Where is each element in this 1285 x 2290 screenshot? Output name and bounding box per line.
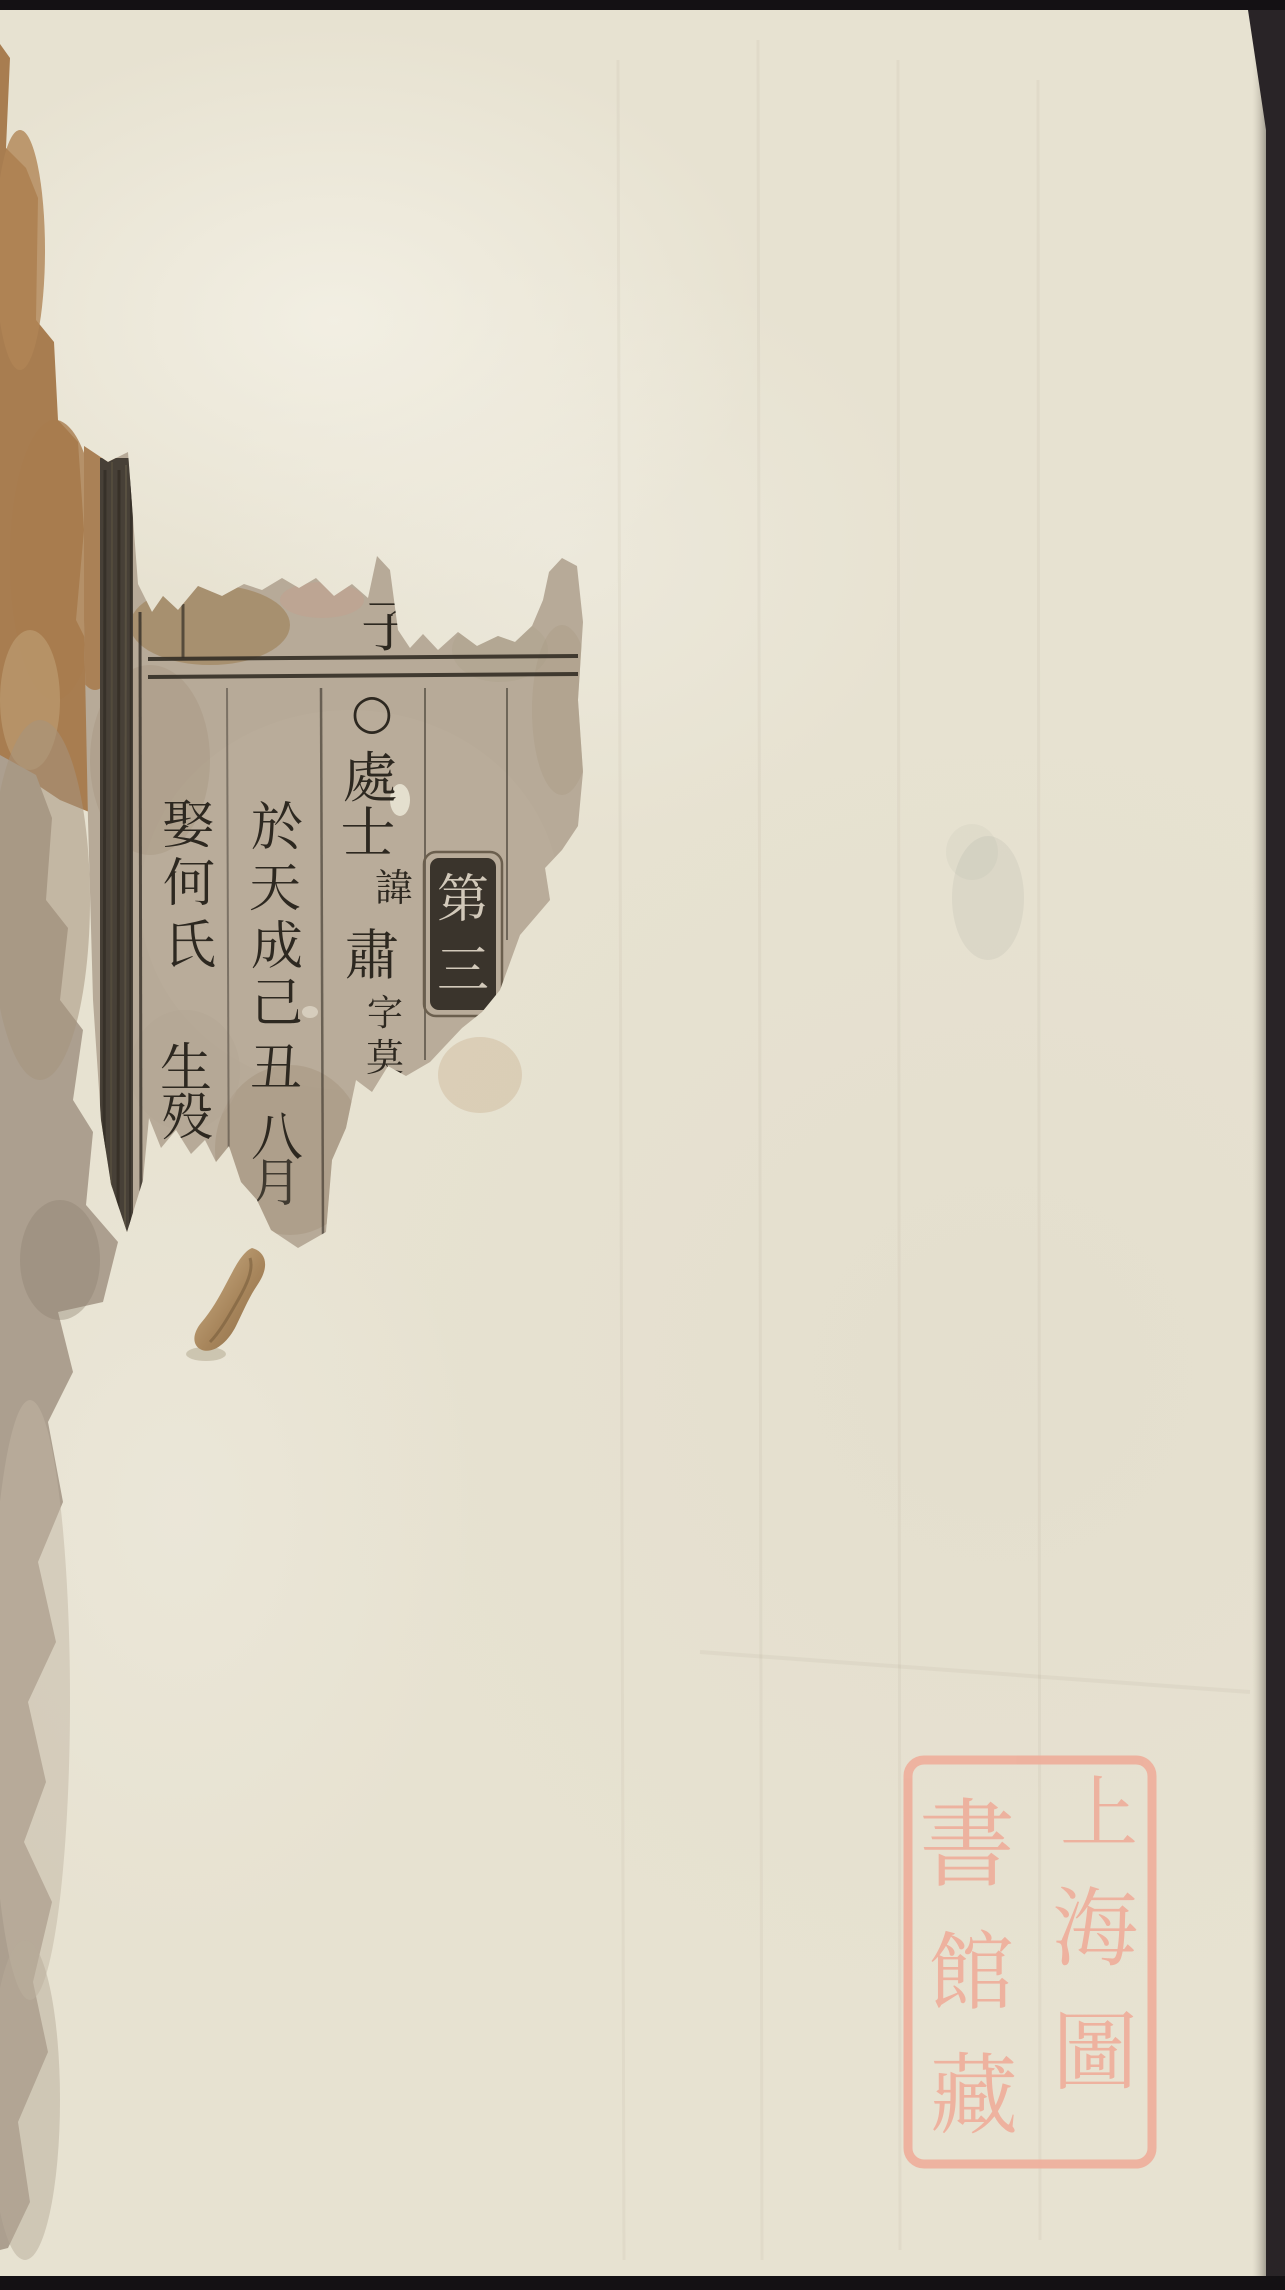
- ghost-ink-smudge: [946, 824, 1024, 960]
- seal-char: 館: [928, 1923, 1016, 2023]
- scan-artwork: 第 三 子 ○ 處 士 諱 肅 字 莫 於 天 成 己 丑 八 月 娶 何: [0, 0, 1285, 2290]
- marriage-col-char: 氏: [164, 916, 216, 976]
- shanghai-library-seal: 上 海 圖 書 館 藏: [908, 1760, 1152, 2164]
- seal-char: 上: [1060, 1769, 1140, 1859]
- heading-char: 子: [361, 595, 417, 660]
- date-column: 於 天 成 己 丑 八 月: [249, 798, 303, 1214]
- generation-box-char: 第: [437, 870, 489, 930]
- seal-char: 海: [1052, 1879, 1140, 1979]
- generation-label-box: 第 三: [424, 852, 502, 1016]
- spine-ink-band: [100, 458, 133, 1240]
- photo-border-bottom: [0, 2276, 1285, 2290]
- marriage-col-char: 殁: [161, 1088, 213, 1148]
- entry-col-char: 士: [340, 801, 395, 865]
- seal-char: 藏: [930, 2044, 1020, 2147]
- seal-char: 書: [919, 1789, 1017, 1901]
- entry-col-char: 字: [367, 993, 403, 1034]
- entry-col-char: 肅: [345, 924, 399, 987]
- page-edge-shadow: [1252, 0, 1268, 2290]
- scanned-page: 第 三 子 ○ 處 士 諱 肅 字 莫 於 天 成 己 丑 八 月 娶 何: [0, 0, 1285, 2290]
- backing-stain: [438, 1037, 522, 1113]
- date-col-char: 於: [251, 798, 303, 858]
- generation-box-char: 三: [437, 941, 489, 1001]
- seal-char: 圖: [1052, 2003, 1140, 2103]
- marriage-col-char: 何: [163, 854, 215, 914]
- date-col-char: 天: [249, 859, 301, 919]
- date-col-char: 月: [250, 1154, 302, 1214]
- marriage-col-char: 娶: [162, 796, 214, 856]
- marriage-column: 娶 何 氏 生 殁: [160, 796, 216, 1148]
- date-col-char: 丑: [250, 1039, 302, 1099]
- photo-border-right: [1266, 0, 1285, 2290]
- entry-col-char: ○: [351, 684, 393, 740]
- date-col-char: 成: [251, 917, 303, 977]
- curled-paper-sliver: [186, 1248, 265, 1361]
- date-col-char: 己: [251, 974, 303, 1034]
- paper-crease: [700, 1652, 1250, 1692]
- entry-col-char: 諱: [375, 866, 413, 910]
- entry-col-char: 莫: [366, 1036, 404, 1080]
- photo-border-top: [0, 0, 1285, 10]
